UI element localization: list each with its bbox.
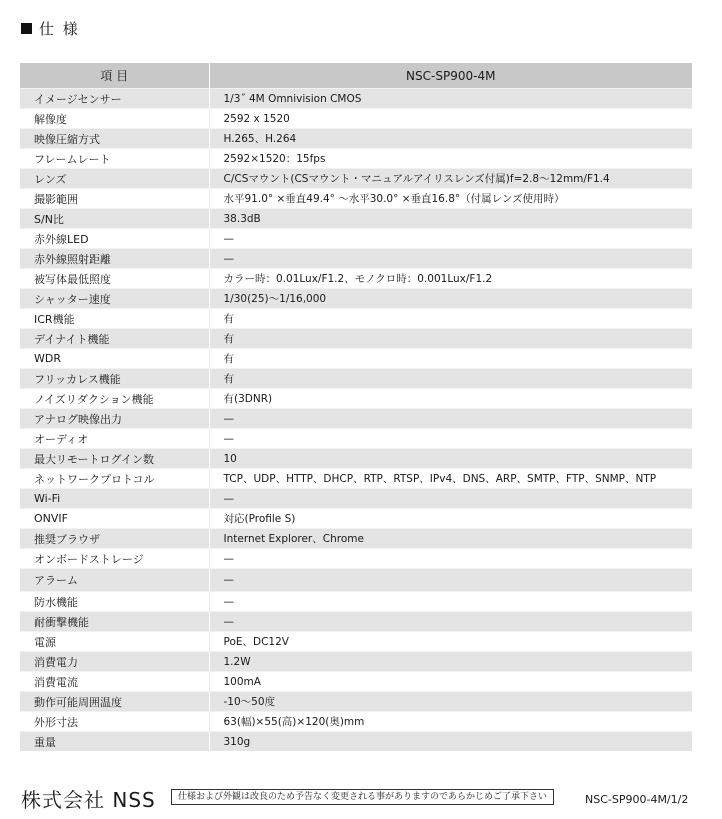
spec-value: 有 [209, 349, 692, 369]
spec-value: H.265、H.264 [209, 129, 692, 149]
table-row: 赤外線LED— [20, 229, 692, 249]
company-name: 株式会社 NSS [21, 784, 156, 813]
spec-value: — [209, 429, 692, 449]
table-row: 重量310g [20, 732, 692, 752]
table-row: 防水機能— [20, 592, 692, 612]
spec-label: フリッカレス機能 [20, 369, 209, 389]
spec-label: Wi-Fi [20, 489, 209, 509]
spec-label: 撮影範囲 [20, 189, 209, 209]
spec-label: WDR [20, 349, 209, 369]
table-row: フリッカレス機能有 [20, 369, 692, 389]
table-row: フレームレート2592×1520：15fps [20, 149, 692, 169]
table-row: オーディオ— [20, 429, 692, 449]
spec-change-notice: 仕様および外観は改良のため予告なく変更される事がありますのであらかじめご了承下さ… [171, 789, 554, 805]
spec-label: 赤外線照射距離 [20, 249, 209, 269]
spec-value: 有(3DNR) [209, 389, 692, 409]
spec-value: 有 [209, 369, 692, 389]
spec-label: 消費電力 [20, 652, 209, 672]
spec-label: 映像圧縮方式 [20, 129, 209, 149]
table-row: WDR有 [20, 349, 692, 369]
spec-value: — [209, 592, 692, 612]
spec-value: — [209, 249, 692, 269]
spec-table-body: イメージセンサー1/3˝ 4M Omnivision CMOS解像度2592 x… [20, 89, 692, 752]
spec-label: 動作可能周囲温度 [20, 692, 209, 712]
spec-value: — [209, 569, 692, 592]
spec-table: 項 目 NSC-SP900-4M イメージセンサー1/3˝ 4M Omnivis… [20, 63, 692, 751]
spec-label: 防水機能 [20, 592, 209, 612]
spec-label: イメージセンサー [20, 89, 209, 109]
table-row: 撮影範囲水平91.0° ×垂直49.4° 〜水平30.0° ×垂直16.8°（付… [20, 189, 692, 209]
table-header-row: 項 目 NSC-SP900-4M [20, 63, 692, 89]
spec-label: シャッター速度 [20, 289, 209, 309]
spec-value: Internet Explorer、Chrome [209, 529, 692, 549]
spec-value: 1.2W [209, 652, 692, 672]
spec-value: 2592×1520：15fps [209, 149, 692, 169]
spec-value: 有 [209, 309, 692, 329]
spec-label: レンズ [20, 169, 209, 189]
spec-label: 最大リモートログイン数 [20, 449, 209, 469]
section-title: 仕 様 [21, 18, 80, 39]
spec-label: 解像度 [20, 109, 209, 129]
table-row: アナログ映像出力— [20, 409, 692, 429]
table-row: 外形寸法63(幅)×55(高)×120(奥)mm [20, 712, 692, 732]
table-row: レンズC/CSマウント(CSマウント・マニュアルアイリスレンズ付属)f=2.8〜… [20, 169, 692, 189]
spec-value: 38.3dB [209, 209, 692, 229]
table-row: 消費電力1.2W [20, 652, 692, 672]
spec-value: 2592 x 1520 [209, 109, 692, 129]
spec-value: TCP、UDP、HTTP、DHCP、RTP、RTSP、IPv4、DNS、ARP、… [209, 469, 692, 489]
spec-value: — [209, 549, 692, 569]
spec-value: カラー時：0.01Lux/F1.2、モノクロ時：0.001Lux/F1.2 [209, 269, 692, 289]
spec-label: 外形寸法 [20, 712, 209, 732]
table-row: 動作可能周囲温度-10〜50度 [20, 692, 692, 712]
spec-label: オーディオ [20, 429, 209, 449]
spec-value: PoE、DC12V [209, 632, 692, 652]
spec-label: アラーム [20, 569, 209, 592]
spec-value: 有 [209, 329, 692, 349]
section-title-text: 仕 様 [39, 18, 80, 39]
spec-value: 1/30(25)〜1/16,000 [209, 289, 692, 309]
spec-label: 被写体最低照度 [20, 269, 209, 289]
table-row: ONVIF対応(Profile S) [20, 509, 692, 529]
table-row: 被写体最低照度カラー時：0.01Lux/F1.2、モノクロ時：0.001Lux/… [20, 269, 692, 289]
table-row: 消費電流100mA [20, 672, 692, 692]
table-row: 電源PoE、DC12V [20, 632, 692, 652]
spec-value: 310g [209, 732, 692, 752]
spec-value: 1/3˝ 4M Omnivision CMOS [209, 89, 692, 109]
table-row: 赤外線照射距離— [20, 249, 692, 269]
square-bullet-icon [21, 23, 32, 34]
spec-value: — [209, 229, 692, 249]
table-row: 耐衝撃機能— [20, 612, 692, 632]
spec-label: 重量 [20, 732, 209, 752]
table-row: オンボードストレージ— [20, 549, 692, 569]
spec-label: フレームレート [20, 149, 209, 169]
spec-value: 水平91.0° ×垂直49.4° 〜水平30.0° ×垂直16.8°（付属レンズ… [209, 189, 692, 209]
spec-value: 63(幅)×55(高)×120(奥)mm [209, 712, 692, 732]
spec-value: -10〜50度 [209, 692, 692, 712]
spec-value: — [209, 409, 692, 429]
spec-value: 対応(Profile S) [209, 509, 692, 529]
table-row: ノイズリダクション機能有(3DNR) [20, 389, 692, 409]
spec-label: ネットワークプロトコル [20, 469, 209, 489]
spec-label: オンボードストレージ [20, 549, 209, 569]
table-row: Wi-Fi— [20, 489, 692, 509]
table-row: ICR機能有 [20, 309, 692, 329]
page-number: NSC-SP900-4M/1/2 [585, 793, 688, 806]
spec-label: 赤外線LED [20, 229, 209, 249]
table-row: アラーム— [20, 569, 692, 592]
spec-value: C/CSマウント(CSマウント・マニュアルアイリスレンズ付属)f=2.8〜12m… [209, 169, 692, 189]
spec-label: アナログ映像出力 [20, 409, 209, 429]
spec-value: 10 [209, 449, 692, 469]
spec-value: — [209, 612, 692, 632]
column-header-item: 項 目 [20, 63, 209, 89]
spec-value: 100mA [209, 672, 692, 692]
table-row: ネットワークプロトコルTCP、UDP、HTTP、DHCP、RTP、RTSP、IP… [20, 469, 692, 489]
spec-label: ICR機能 [20, 309, 209, 329]
spec-label: S/N比 [20, 209, 209, 229]
table-row: イメージセンサー1/3˝ 4M Omnivision CMOS [20, 89, 692, 109]
spec-label: デイナイト機能 [20, 329, 209, 349]
spec-label: ノイズリダクション機能 [20, 389, 209, 409]
spec-label: 電源 [20, 632, 209, 652]
table-row: デイナイト機能有 [20, 329, 692, 349]
table-row: 映像圧縮方式H.265、H.264 [20, 129, 692, 149]
column-header-model: NSC-SP900-4M [209, 63, 692, 89]
table-row: S/N比38.3dB [20, 209, 692, 229]
table-row: 推奨ブラウザInternet Explorer、Chrome [20, 529, 692, 549]
spec-label: 耐衝撃機能 [20, 612, 209, 632]
spec-label: 消費電流 [20, 672, 209, 692]
table-row: シャッター速度1/30(25)〜1/16,000 [20, 289, 692, 309]
spec-value: — [209, 489, 692, 509]
table-row: 解像度2592 x 1520 [20, 109, 692, 129]
spec-label: 推奨ブラウザ [20, 529, 209, 549]
table-row: 最大リモートログイン数10 [20, 449, 692, 469]
spec-label: ONVIF [20, 509, 209, 529]
